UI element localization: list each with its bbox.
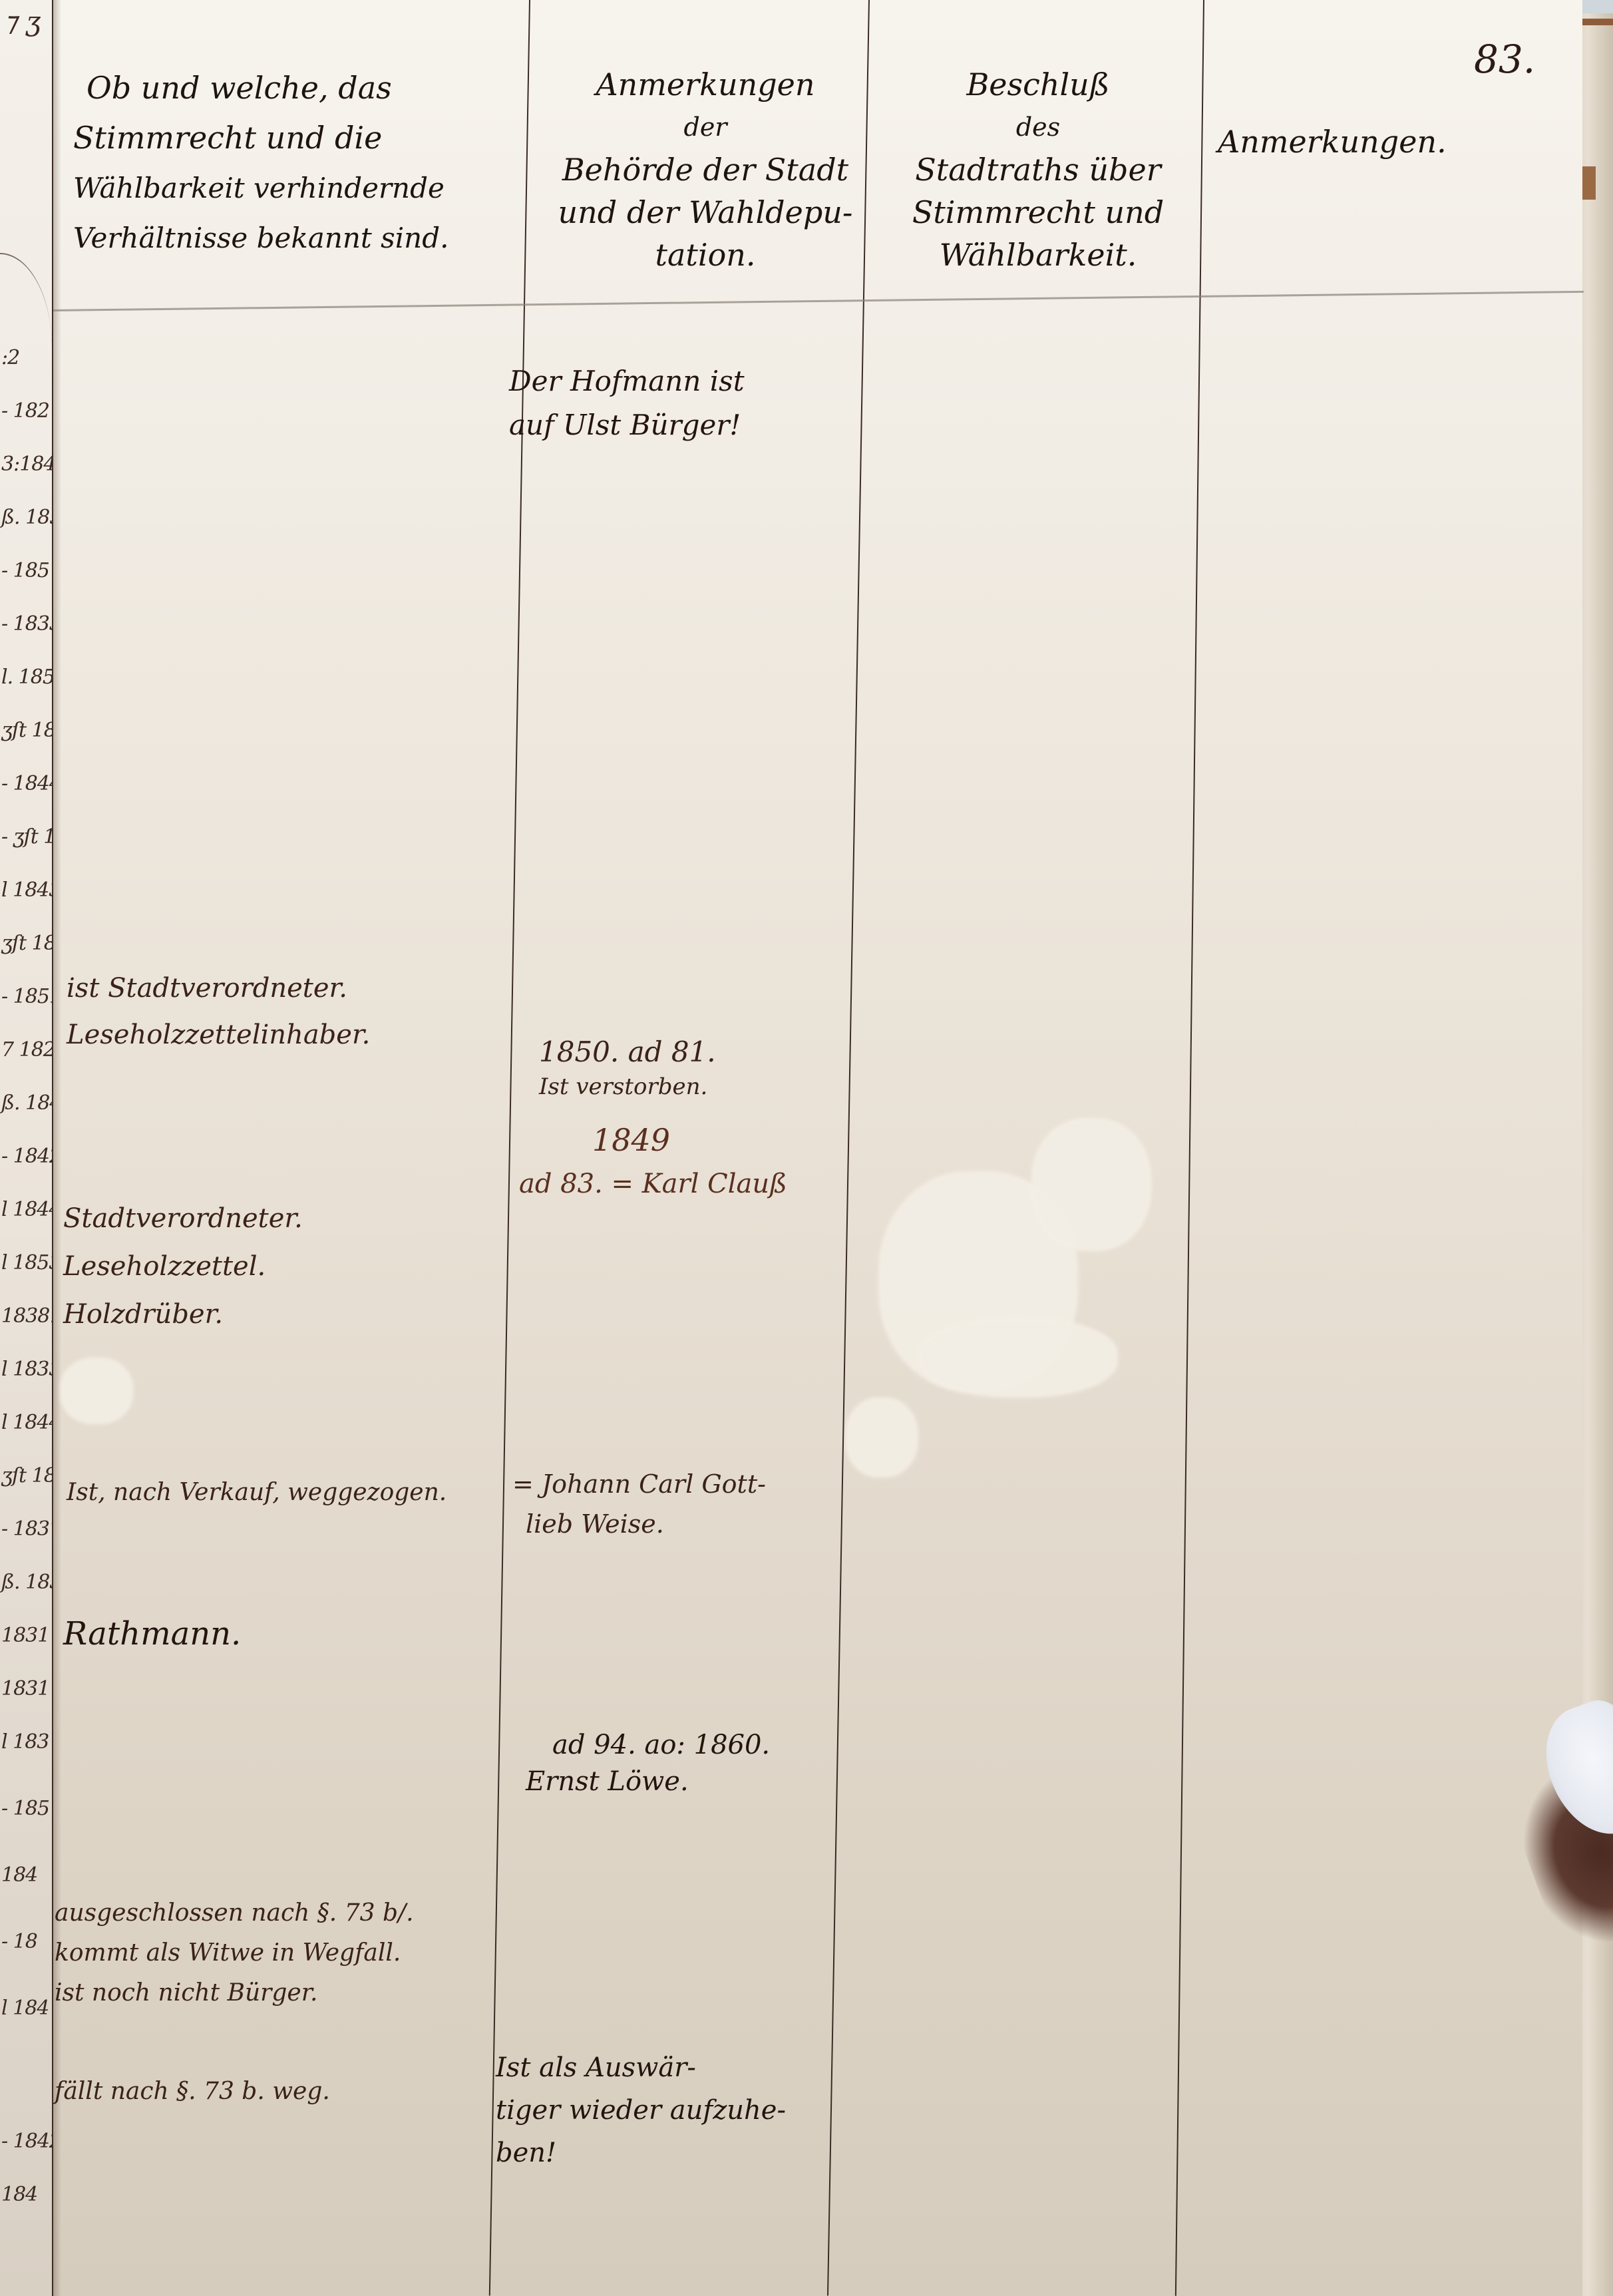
paper-blotch (918, 1318, 1118, 1398)
facing-fragment: ß. 1845 (1, 1091, 52, 1115)
column-border-left (52, 0, 53, 2296)
header-line: Beschluß (878, 63, 1198, 106)
facing-fragment: - 182 (1, 399, 49, 423)
facing-fragment: ß. 1836 (1, 1571, 52, 1594)
facing-fragment: 3:184 (1, 453, 52, 476)
entry-line: fällt nach §. 73 b. weg. (55, 2076, 330, 2106)
entry-line: = Johann Carl Gott- (512, 1464, 766, 1504)
facing-fragment: - ʒſt 18 (1, 825, 52, 849)
entry-line: Rathmann. (63, 1614, 241, 1654)
col1-entry: Ist, nach Verkauf, weggezogen. (67, 1477, 447, 1507)
facing-fragment: ʒſt 183 (1, 1464, 52, 1487)
header-line: Stimmrecht und (878, 191, 1198, 234)
col2-entry: Ist als Auswär- tiger wieder aufzuhe- be… (496, 2046, 786, 2174)
col1-entry: ist Stadtverordneter. Leseholzzettelinha… (67, 965, 370, 1058)
header-line: Anmerkungen. (1218, 123, 1447, 162)
entry-line: Ist verstorben. (539, 1069, 716, 1104)
facing-fragment: 1831 (1, 1677, 49, 1700)
facing-fragment: - 185 (1, 559, 49, 582)
col2-entry: ad 94. ao: 1860. Ernst Löwe. (526, 1727, 770, 1800)
facing-fragment: - 185 (1, 1797, 49, 1820)
facing-fragment: 184 (1, 1863, 37, 1887)
entry-line: tiger wieder aufzuhe- (496, 2089, 786, 2132)
facing-fragment: - 1833 (1, 612, 52, 636)
facing-fragment: ß. 185 (1, 506, 52, 529)
col2-entry: Der Hofmann ist auf Ulst Bürger! (509, 359, 745, 447)
header-line: und der Wahldepu- (542, 191, 868, 234)
entry-line: ad 94. ao: 1860. (526, 1727, 770, 1764)
facing-fragment: :2 (1, 346, 19, 369)
entry-line: ausgeschlossen nach §. 73 b/. (55, 1893, 414, 1933)
facing-fragment: 184 (1, 2183, 37, 2206)
column-header-3: Beschluß des Stadtraths über Stimmrecht … (878, 63, 1198, 276)
entry-line: 1850. ad 81. (539, 1035, 716, 1069)
col2-entry: = Johann Carl Gott- lieb Weise. (512, 1464, 766, 1544)
entry-line: ist noch nicht Bürger. (55, 1973, 414, 2013)
header-line: der (542, 106, 868, 148)
entry-line: Holzdrüber. (63, 1290, 303, 1338)
col2-entry: 1849 ad 83. = Karl Clauß (519, 1118, 787, 1206)
facing-fragment: ʒſt 185 (1, 719, 52, 742)
facing-fragment: ʒſt 183 (1, 932, 52, 955)
facing-fragment: - 18 (1, 1930, 37, 1953)
header-line: tation. (542, 234, 868, 276)
facing-fragment: - 1851 (1, 985, 52, 1008)
entry-line: ad 83. = Karl Clauß (519, 1162, 787, 1206)
entry-line: auf Ulst Bürger! (509, 403, 745, 447)
facing-fragment: l 1844 (1, 1411, 52, 1434)
entry-line: lieb Weise. (512, 1504, 766, 1544)
entry-line: Ist, nach Verkauf, weggezogen. (67, 1477, 447, 1507)
facing-fragment: l 183 (1, 1730, 49, 1754)
header-line: Wählbarkeit verhindernde (73, 163, 448, 213)
col2-entry: 1850. ad 81. Ist verstorben. (539, 1035, 716, 1104)
book-binding-tab (1582, 166, 1596, 200)
col1-entry: ausgeschlossen nach §. 73 b/. kommt als … (55, 1893, 414, 2013)
facing-page-margin: ⁊ ʒ :2 - 182 3:184 ß. 185 - 185 - 1833 l… (0, 0, 52, 2296)
header-line: Ob und welche, das (73, 63, 448, 113)
entry-line: ben! (496, 2132, 786, 2174)
facing-fragment: l 184 (1, 1997, 49, 2020)
facing-fragment: - 1842 (1, 2130, 52, 2153)
entry-line: kommt als Witwe in Wegfall. (55, 1933, 414, 1973)
col1-entry: fällt nach §. 73 b. weg. (55, 2076, 330, 2106)
facing-fragment: l 1843 (1, 878, 52, 902)
facing-fragment: - 1842 (1, 1145, 52, 1168)
header-line: Verhältnisse bekannt sind. (73, 213, 448, 263)
facing-fragment: - 1837 (1, 1517, 52, 1541)
column-header-1: Ob und welche, das Stimmrecht und die Wä… (73, 63, 448, 263)
column-header-4: Anmerkungen. (1218, 123, 1447, 162)
paper-blotch (60, 1358, 133, 1424)
paper-blotch (845, 1398, 918, 1477)
entry-line: Ist als Auswär- (496, 2046, 786, 2089)
entry-line: 1849 (519, 1118, 787, 1162)
entry-line: Leseholzzettelinhaber. (67, 1012, 370, 1058)
header-line: des (878, 106, 1198, 148)
facing-page-fragment-top: ⁊ ʒ (4, 7, 41, 37)
facing-fragment: l 1844 (1, 1198, 52, 1221)
facing-page-rule-curve (0, 253, 52, 347)
facing-fragment: l. 185 (1, 666, 52, 689)
col1-entry: Rathmann. (63, 1614, 241, 1654)
entry-line: Der Hofmann ist (509, 359, 745, 403)
facing-fragment: 7 182 (1, 1038, 52, 1061)
facing-fragment: - 1844 (1, 772, 52, 795)
facing-fragment: 1831 (1, 1624, 49, 1647)
header-line: Anmerkungen (542, 63, 868, 106)
entry-line: Stadtverordneter. (63, 1195, 303, 1243)
column-header-2: Anmerkungen der Behörde der Stadt und de… (542, 63, 868, 276)
facing-fragment: l 1853 (1, 1251, 52, 1274)
entry-line: ist Stadtverordneter. (67, 965, 370, 1012)
paper-blotch (1031, 1118, 1151, 1251)
header-line: Wählbarkeit. (878, 234, 1198, 276)
facing-fragment: l 1833 (1, 1358, 52, 1381)
header-line: Stimmrecht und die (73, 113, 448, 163)
book-cover-edge (1582, 19, 1613, 25)
page-number: 83. (1474, 37, 1535, 82)
entry-line: Ernst Löwe. (526, 1764, 770, 1800)
entry-line: Leseholzzettel. (63, 1243, 303, 1290)
header-line: Behörde der Stadt (542, 148, 868, 191)
col1-entry: Stadtverordneter. Leseholzzettel. Holzdr… (63, 1195, 303, 1338)
header-line: Stadtraths über (878, 148, 1198, 191)
facing-fragment: 1838. (1, 1304, 52, 1328)
